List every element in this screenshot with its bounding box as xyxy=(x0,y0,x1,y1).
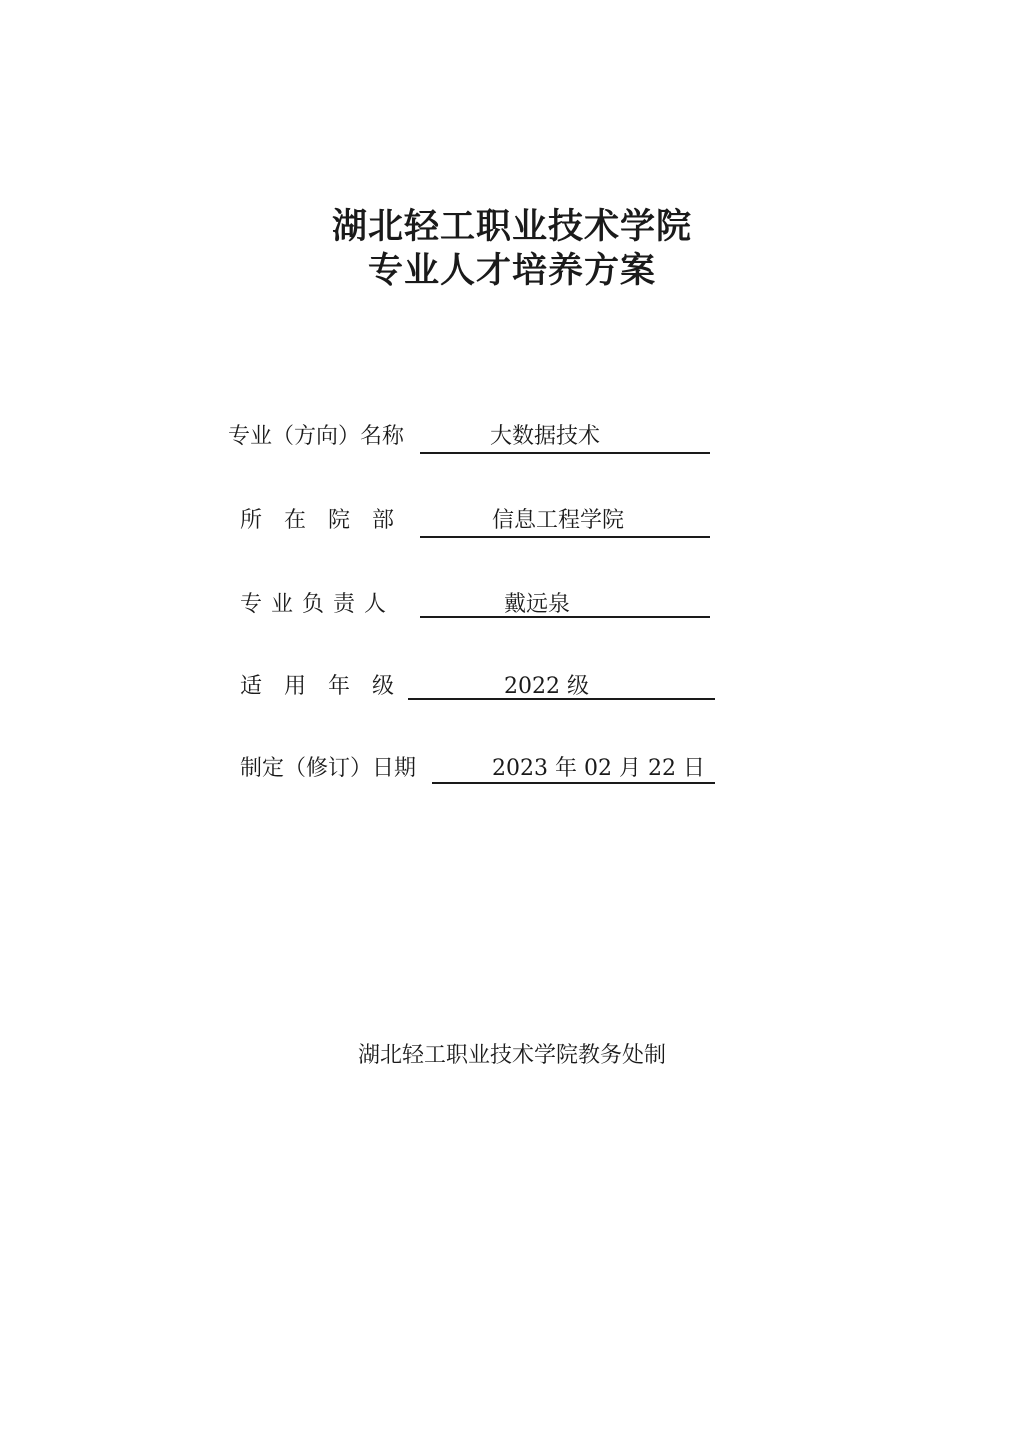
field-value: 大数据技术 xyxy=(490,426,600,448)
field-label: 专业（方向）名称 xyxy=(228,426,404,448)
field-value: 戴远泉 xyxy=(504,594,570,616)
field-value: 信息工程学院 xyxy=(492,510,624,532)
title-plan: 专业人才培养方案 xyxy=(0,254,1024,289)
footer-issuer: 湖北轻工职业技术学院教务处制 xyxy=(0,1045,1024,1067)
title-institution: 湖北轻工职业技术学院 xyxy=(0,210,1024,245)
field-label: 适 用 年 级 xyxy=(240,676,394,698)
field-label: 所 在 院 部 xyxy=(240,510,394,532)
field-label: 制定（修订）日期 xyxy=(240,758,416,780)
field-value: 2022 级 xyxy=(504,676,589,698)
field-value: 2023 年 02 月 22 日 xyxy=(492,758,705,780)
field-label: 专 业 负 责 人 xyxy=(240,594,387,616)
